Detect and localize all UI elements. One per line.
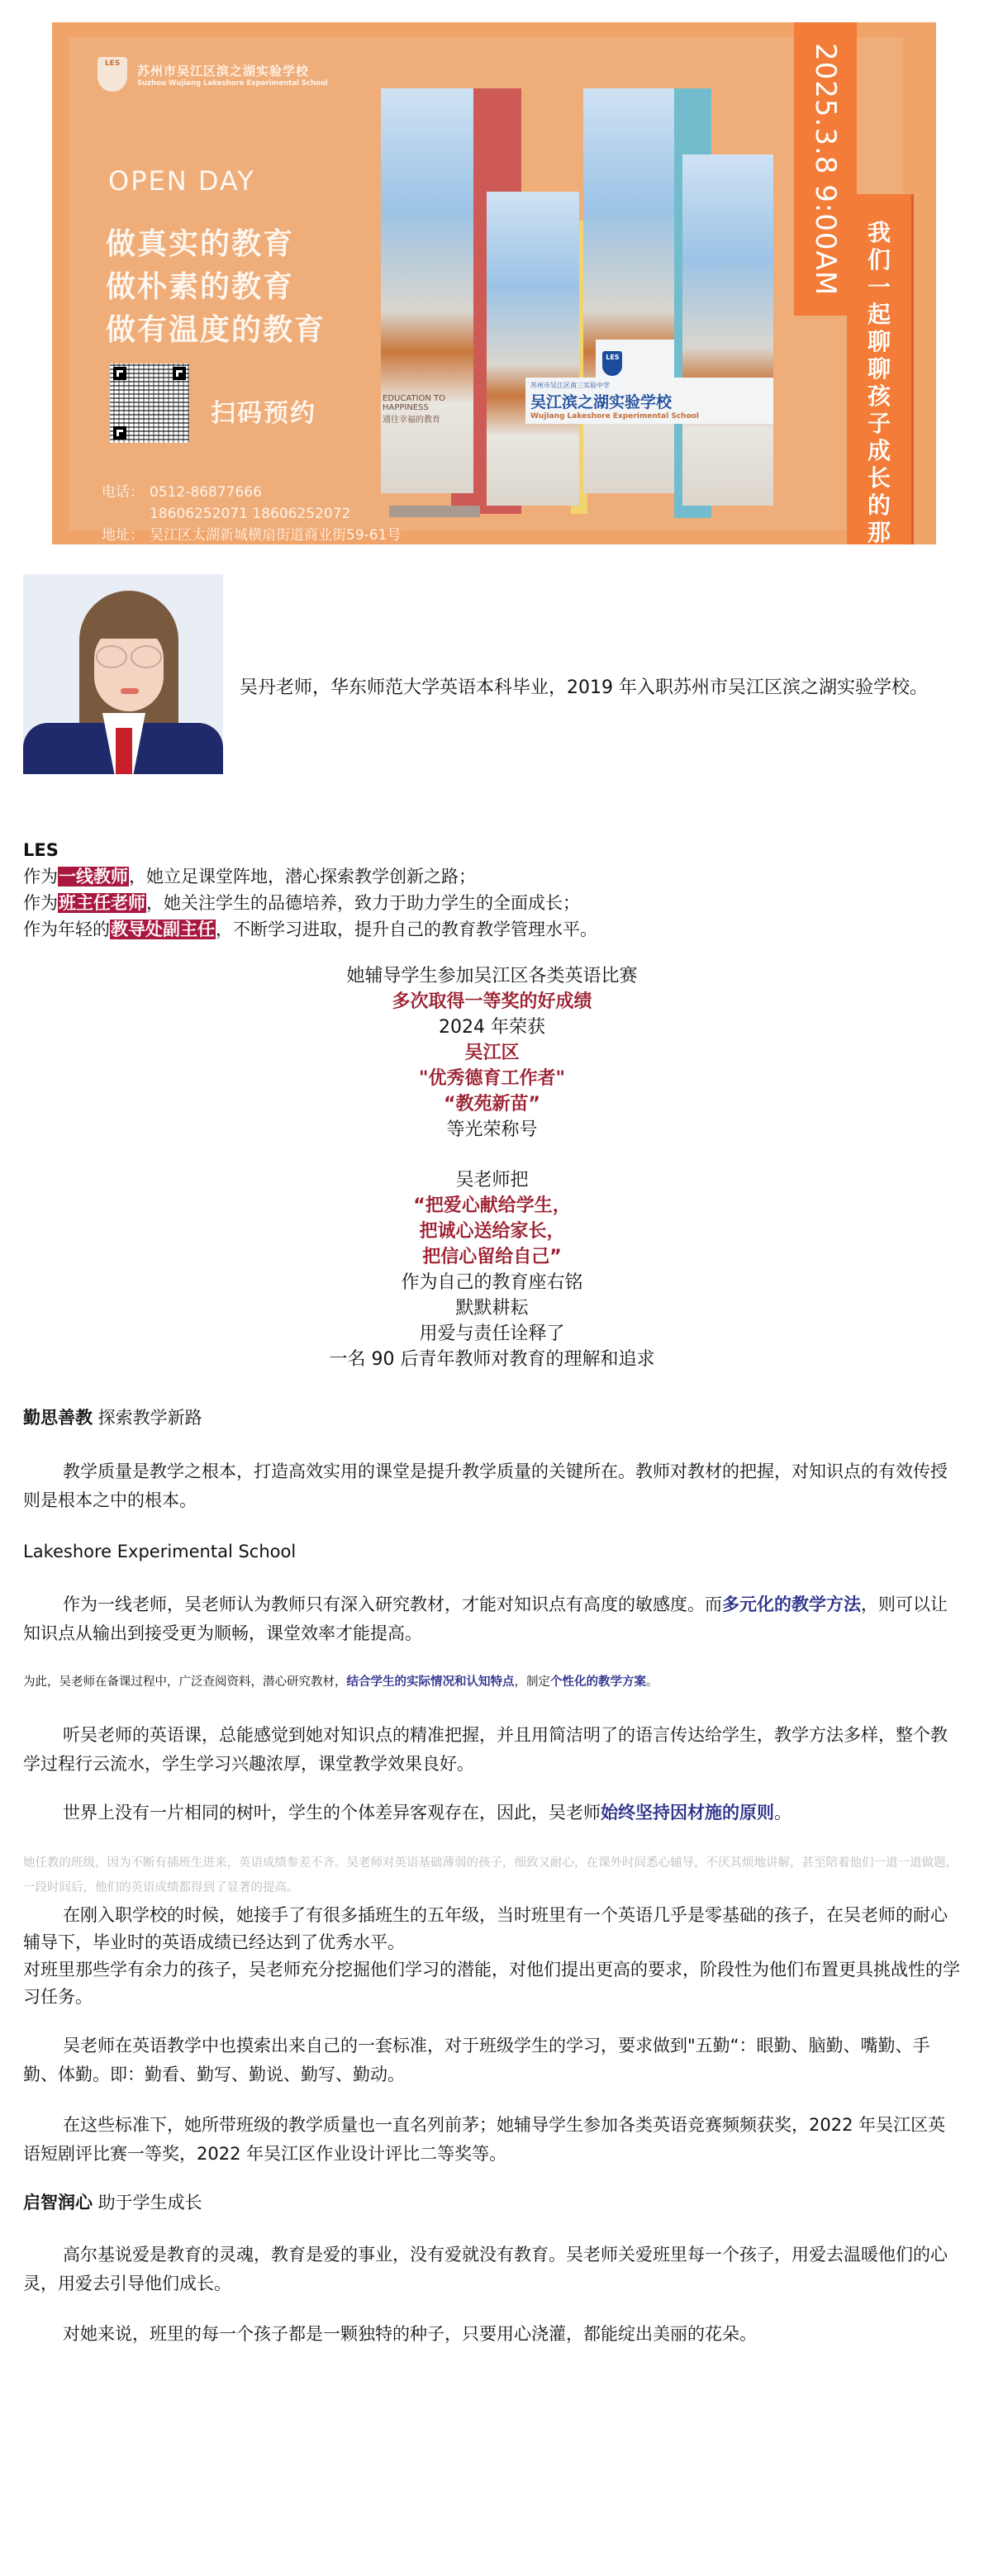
paragraph: 教学质量是教学之根本，打造高效实用的课堂是提升教学质量的关键所在。教师对教材的把…	[23, 1457, 961, 1515]
open-day-poster: LES 苏州市吴江区滨之湖实验学校 Suzhou Wujiang Lakesho…	[52, 22, 936, 544]
school-name-en: Suzhou Wujiang Lakeshore Experimental Sc…	[137, 79, 328, 88]
school-name-cn: 苏州市吴江区滨之湖实验学校	[137, 62, 328, 79]
paragraph: 作为一线老师，吴老师认为教师只有深入研究教材，才能对知识点有高度的敏感度。而多元…	[23, 1590, 961, 1648]
campus-photo	[682, 154, 773, 506]
paragraph: 听吴老师的英语课，总能感觉到她对知识点的精准把握，并且用简洁明了的语言传达给学生…	[23, 1721, 961, 1779]
les-crest-icon: LES	[602, 351, 622, 376]
paragraph: 在刚入职学校的时候，她接手了有很多插班生的五年级，当时班里有一个英语几乎是零基础…	[23, 1902, 961, 1956]
motto-block: 吴老师把 “把爱心献给学生， 把诚心送给家长， 把信心留给自己” 作为自己的教育…	[0, 1167, 984, 1372]
role-highlight: 班主任老师	[58, 893, 146, 913]
slogan: 做朴素的教育	[106, 266, 326, 309]
honors-line: "优秀德育工作者"	[0, 1066, 984, 1091]
motto-line: 默默耕耘	[0, 1295, 984, 1321]
grey-stripe	[389, 506, 480, 517]
intro-line: 作为班主任老师，她关注学生的品德培养，致力于助力学生的全面成长；	[23, 890, 580, 916]
motto-line: 把诚心送给家长，	[0, 1219, 984, 1244]
motto-line: 一名 90 后青年教师对教育的理解和追求	[0, 1347, 984, 1372]
campus-photo	[381, 88, 473, 493]
phone-label: 电话：	[102, 482, 150, 503]
section-heading: 启智润心 助于学生成长	[23, 2189, 202, 2216]
honors-block: 她辅导学生参加吴江区各类英语比赛 多次取得一等奖的好成绩 2024 年荣获 吴江…	[0, 963, 984, 1143]
paragraph: 在这些标准下，她所带班级的教学质量也一直名列前茅；她辅导学生参加各类英语竞赛频频…	[23, 2111, 961, 2169]
teacher-bio: 吴丹老师，华东师范大学英语本科毕业，2019 年入职苏州市吴江区滨之湖实验学校。	[240, 673, 928, 699]
intro-line: 作为一线教师，她立足课堂阵地，潜心探索教学创新之路；	[23, 863, 476, 890]
event-title: OPEN DAY	[108, 165, 255, 197]
address-label: 地址：	[102, 525, 150, 544]
teacher-portrait	[23, 574, 223, 774]
school-crest-icon: LES	[97, 57, 127, 92]
contact-info: 电话：0512-86877666 18606252071 18606252072…	[102, 482, 401, 544]
role-highlight: 教导处副主任	[110, 920, 216, 939]
tagline-banner: 我们一起聊聊孩子成长的那些事儿	[847, 194, 911, 544]
wall-text: EDUCATION TO HAPPINESS 通往幸福的教育	[383, 394, 482, 425]
campus-photo	[487, 192, 579, 506]
paragraph: 高尔基说爱是教育的灵魂，教育是爱的事业，没有爱就没有教育。吴老师关爱班里每一个孩…	[23, 2241, 961, 2298]
motto-line: 作为自己的教育座右铭	[0, 1270, 984, 1295]
slogan: 做有温度的教育	[106, 309, 326, 352]
scan-to-book-label: 扫码预约	[211, 392, 316, 429]
paragraph: 为此，吴老师在备课过程中，广泛查阅资料，潜心研究教材，结合学生的实际情况和认知特…	[23, 1673, 961, 1691]
phone-mobile: 18606252071 18606252072	[150, 503, 350, 525]
motto-line: 把信心留给自己”	[0, 1244, 984, 1270]
intro-line: 作为年轻的教导处副主任，不断学习进取，提升自己的教育教学管理水平。	[23, 916, 597, 943]
honors-line: 等光荣称号	[0, 1117, 984, 1143]
honors-line: 吴江区	[0, 1040, 984, 1066]
phone-main: 0512-86877666	[150, 482, 262, 503]
address: 吴江区太湖新城横扇街道商业街59-61号	[150, 525, 401, 544]
school-logo: LES 苏州市吴江区滨之湖实验学校 Suzhou Wujiang Lakesho…	[97, 57, 328, 92]
motto-line: 吴老师把	[0, 1167, 984, 1193]
paragraph: 世界上没有一片相同的树叶，学生的个体差异客观存在，因此，吴老师始终坚持因材施的原…	[23, 1799, 961, 1827]
paragraph: 对她来说，班里的每一个孩子都是一颗独特的种子，只要用心浇灌，都能绽出美丽的花朵。	[23, 2320, 961, 2349]
intro-label: LES	[23, 837, 59, 863]
paragraph-faint: 她任教的班级，因为不断有插班生进来，英语成绩参差不齐。吴老师对英语基础薄弱的孩子…	[23, 1851, 961, 1900]
school-name-en-text: Lakeshore Experimental School	[23, 1538, 296, 1565]
honors-line: 她辅导学生参加吴江区各类英语比赛	[0, 963, 984, 989]
slogans: 做真实的教育 做朴素的教育 做有温度的教育	[106, 223, 326, 352]
qr-code-icon[interactable]	[110, 364, 189, 443]
paragraph: 对班里那些学有余力的孩子，吴老师充分挖掘他们学习的潜能，对他们提出更高的要求，阶…	[23, 1956, 961, 2011]
section-heading: 勤思善教 探索教学新路	[23, 1404, 202, 1431]
honors-line: “教苑新苗”	[0, 1091, 984, 1117]
paragraph: 吴老师在英语教学中也摸索出来自己的一套标准，对于班级学生的学习，要求做到"五勤“…	[23, 2032, 961, 2089]
tagline: 我们一起聊聊孩子成长的那些事儿	[847, 219, 911, 544]
motto-line: “把爱心献给学生，	[0, 1193, 984, 1219]
campus-photo: LES	[583, 88, 674, 493]
honors-line: 2024 年荣获	[0, 1015, 984, 1040]
role-highlight: 一线教师	[58, 867, 129, 886]
school-sign-text: 苏州市吴江区南三实验中学 吴江滨之湖实验学校 Wujiang Lakeshore…	[525, 378, 773, 424]
slogan: 做真实的教育	[106, 223, 326, 266]
honors-line: 多次取得一等奖的好成绩	[0, 989, 984, 1015]
motto-line: 用爱与责任诠释了	[0, 1321, 984, 1347]
